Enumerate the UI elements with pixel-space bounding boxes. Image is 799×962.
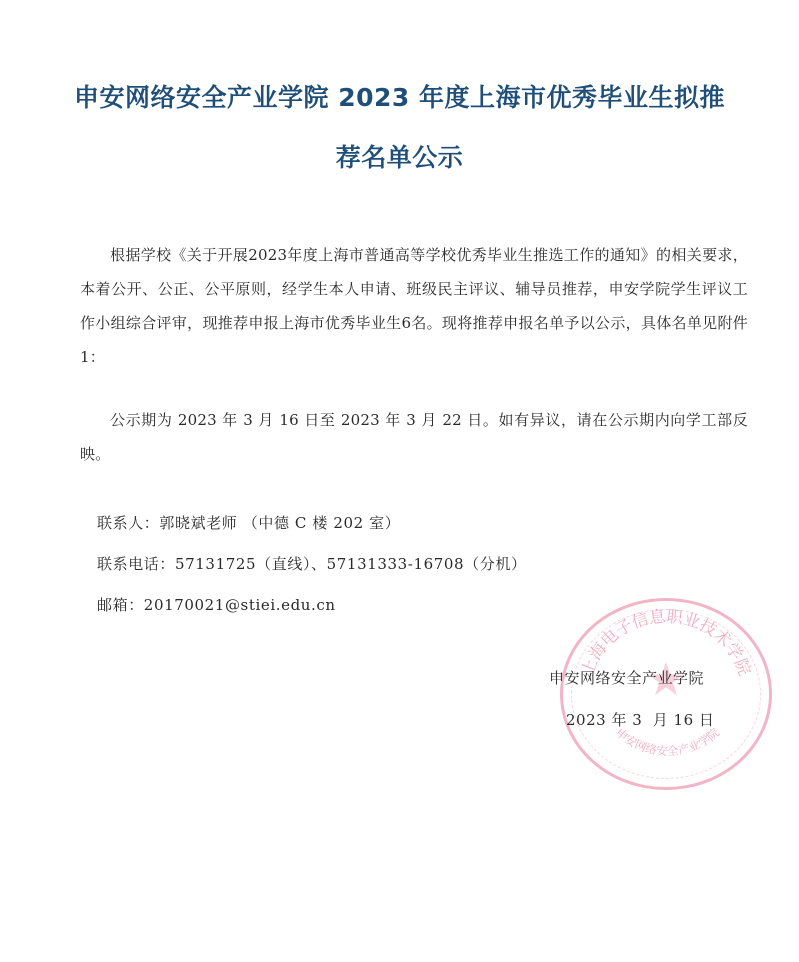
contact-phone: 联系电话：57131725（直线）、57131333-16708（分机） xyxy=(97,553,527,574)
contact-email: 邮箱：20170021@stiei.edu.cn xyxy=(97,594,336,615)
seal-arc-text: 上海电子信息职业技术学院 申安网络安全产业学院 xyxy=(563,601,769,787)
page-title-line-1: 申安网络安全产业学院 2023 年度上海市优秀毕业生拟推 xyxy=(0,78,799,114)
seal-bottom-text: 申安网络安全产业学院 xyxy=(613,725,722,758)
signature-organization: 申安网络安全产业学院 xyxy=(549,667,704,688)
official-seal-stamp: ★ 上海电子信息职业技术学院 申安网络安全产业学院 xyxy=(560,598,772,790)
body-paragraph-announcement: 根据学校《关于开展2023年度上海市普通高等学校优秀毕业生推选工作的通知》的相关… xyxy=(80,238,748,374)
seal-inner-ring xyxy=(571,609,761,779)
contact-person: 联系人：郭晓斌老师 （中德 C 楼 202 室） xyxy=(97,512,400,533)
signature-date: 2023 年 3 月 16 日 xyxy=(566,709,714,730)
page-title-line-2: 荐名单公示 xyxy=(0,138,799,174)
body-paragraph-publicity-period: 公示期为 2023 年 3 月 16 日至 2023 年 3 月 22 日。如有… xyxy=(80,403,748,471)
